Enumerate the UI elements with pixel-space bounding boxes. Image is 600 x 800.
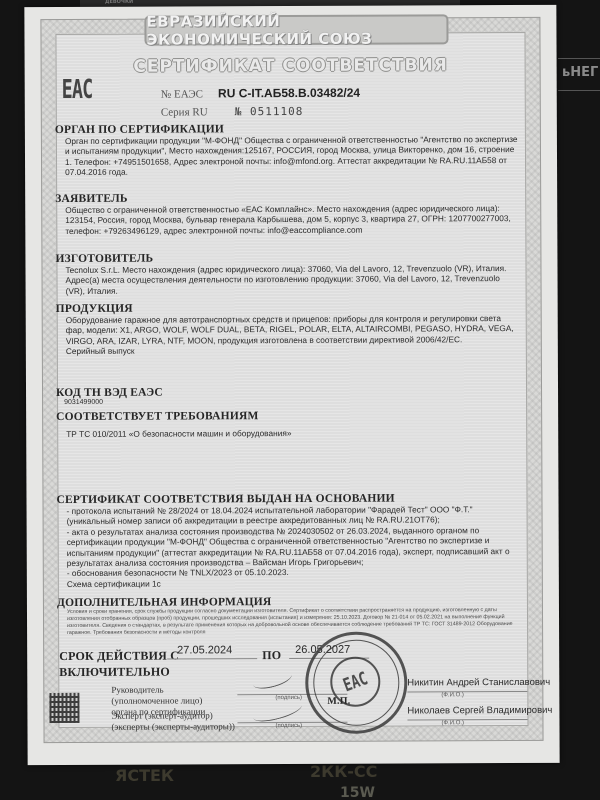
certificate-number-label: № ЕАЭС [161,88,203,100]
section-applicant: ЗАЯВИТЕЛЬ Общество с ограниченной ответс… [55,191,527,236]
certificate-title: СЕРТИФИКАТ СООТВЕТСТВИЯ [25,55,557,77]
validity-to-label: ПО [262,648,281,663]
certificate-number: RU C-IT.АБ58.В.03482/24 [218,86,360,101]
certificate-number-row: № ЕАЭС RU C-IT.АБ58.В.03482/24 [161,86,360,101]
validity-date-from: 27.05.2024 [177,644,232,656]
validity-inclusive: ВКЛЮЧИТЕЛЬНО [59,665,170,680]
basis-item: - акта о результатах анализа состояния п… [67,525,521,569]
head-signature-caption: (подпись) [275,695,302,701]
seal-eac-text: EAC [340,668,370,696]
background-line [558,58,600,59]
background-box-label: ьНЕГ [562,65,598,80]
expert-signature-caption: (подпись) [275,723,302,729]
validity-from-label: СРОК ДЕЙСТВИЯ С [59,648,179,664]
background-box-label: ЯСТЕК [115,766,174,785]
series-number: № 0511108 [235,105,304,118]
section-hs-code: КОД ТН ВЭД ЕАЭС 9031499000 [56,385,528,407]
series-label: Серия RU [161,106,208,118]
section-text: Tecnolux S.r.L. Место нахождения (адрес … [65,263,519,296]
union-banner: ЕВРАЗИЙСКИЙ ЭКОНОМИЧЕСКИЙ СОЮЗ [144,14,448,45]
eac-logo: EAC [62,75,93,105]
certificate-paper: ЕВРАЗИЙСКИЙ ЭКОНОМИЧЕСКИЙ СОЮЗ СЕРТИФИКА… [24,5,559,765]
section-text: Орган по сертификации продукции "М-ФОНД"… [65,134,519,178]
section-text: Условия и сроки хранения, срок службы пр… [67,607,523,637]
expert-name-caption: (Ф.И.О.) [441,720,464,726]
official-seal-stamp: EAC [305,632,407,734]
section-additional-info: ДОПОЛНИТЕЛЬНАЯ ИНФОРМАЦИЯ Условия и срок… [57,595,529,637]
seal-caption: М.П. [327,696,350,707]
expert-name: Николаев Сергей Владимирович [407,705,552,717]
section-product: ПРОДУКЦИЯ Оборудование гаражное для авто… [56,301,528,357]
background-box-label: ДЕВОЧКИ [105,0,133,5]
expert-label: Эксперт (эксперт-аудитор) (эксперты (экс… [111,710,251,733]
release-type: Серийный выпуск [66,344,520,356]
section-conforms-to: СООТВЕТСТВУЕТ ТРЕБОВАНИЯМ ТР ТС 010/2011… [56,409,528,439]
section-text: ТР ТС 010/2011 «О безопасности машин и о… [66,427,520,439]
certification-scheme: Схема сертификации 1с [67,577,521,589]
background-line [558,90,600,91]
section-text: Оборудование гаражное для автотранспортн… [66,313,520,346]
section-issued-basis: СЕРТИФИКАТ СООТВЕТСТВИЯ ВЫДАН НА ОСНОВАН… [56,492,528,589]
section-text: Общество с ограниченной ответственностью… [65,203,519,236]
section-heading: СООТВЕТСТВУЕТ ТРЕБОВАНИЯМ [56,409,528,423]
head-name-caption: (Ф.И.О.) [441,692,464,698]
section-certification-body: ОРГАН ПО СЕРТИФИКАЦИИ Орган по сертифика… [55,122,527,178]
background-box-label: 15W [340,785,375,800]
union-banner-text: ЕВРАЗИЙСКИЙ ЭКОНОМИЧЕСКИЙ СОЮЗ [146,11,446,48]
series-row: Серия RU № 0511108 [161,105,304,119]
head-name: Никитин Андрей Станиславович [407,677,550,689]
background-box-label: 2КК-СС [310,762,377,781]
section-manufacturer: ИЗГОТОВИТЕЛЬ Tecnolux S.r.L. Место нахож… [55,251,527,296]
qr-code[interactable] [49,693,79,723]
basis-item: - протокола испытаний № 28/2024 от 18.04… [67,504,521,527]
